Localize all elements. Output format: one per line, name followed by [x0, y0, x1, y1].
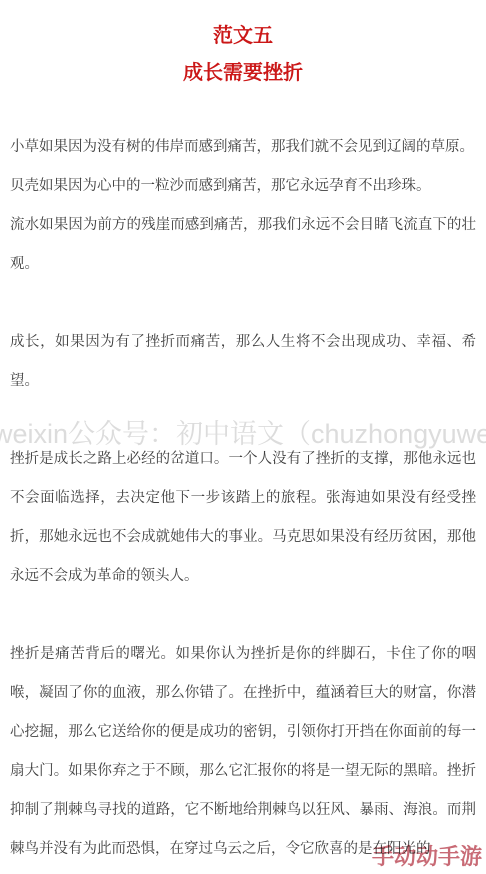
essay-body: 小草如果因为没有树的伟岸而感到痛苦，那我们就不会见到辽阔的草原。 贝壳如果因为心… [10, 128, 476, 869]
section-title: 范文五 [0, 0, 486, 47]
intro-line-water: 流水如果因为前方的残崖而感到痛苦，那我们永远不会目睹飞流直下的壮观。 [10, 206, 476, 284]
intro-line-grass: 小草如果因为没有树的伟岸而感到痛苦，那我们就不会见到辽阔的草原。 [10, 128, 476, 167]
paragraph-crossroad: 挫折是成长之路上必经的岔道口。一个人没有了挫折的支撑，那他永远也不会面临选择，去… [10, 440, 476, 596]
paragraph-dawn: 挫折是痛苦背后的曙光。如果你认为挫折是你的绊脚石，卡住了你的咽喉，凝固了你的血液… [10, 635, 476, 869]
document-page: 范文五 成长需要挫折 小草如果因为没有树的伟岸而感到痛苦，那我们就不会见到辽阔的… [0, 0, 486, 874]
intro-line-shell: 贝壳如果因为心中的一粒沙而感到痛苦，那它永远孕育不出珍珠。 [10, 167, 476, 206]
paragraph-growth: 成长，如果因为有了挫折而痛苦，那么人生将不会出现成功、幸福、希望。 [10, 323, 476, 401]
essay-title: 成长需要挫折 [0, 62, 486, 84]
